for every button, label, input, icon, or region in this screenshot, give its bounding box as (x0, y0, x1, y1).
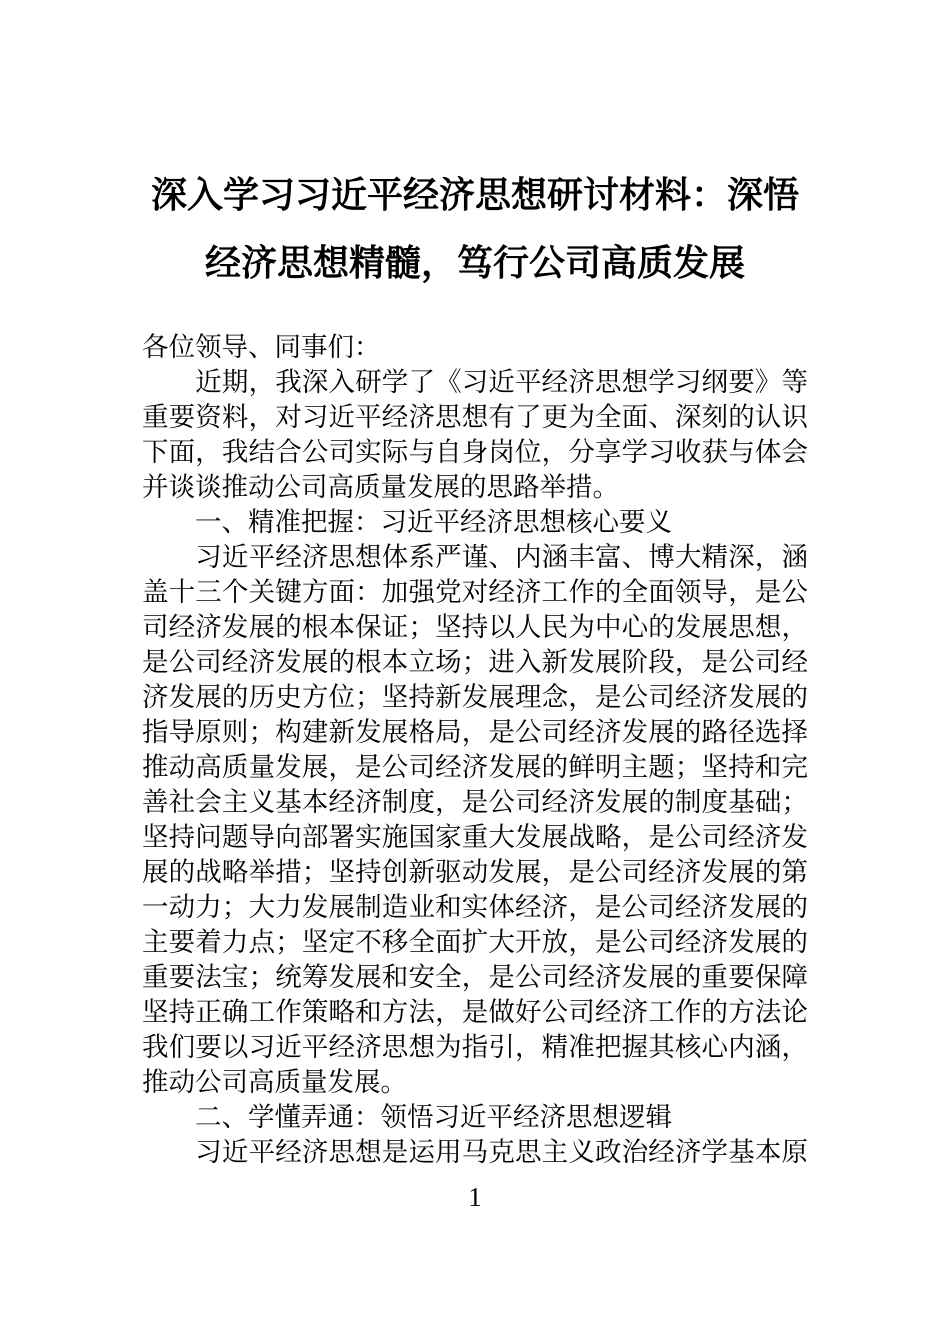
text-line: 坚持问题导向部署实施国家重大发展战略，是公司经济发 (142, 820, 808, 855)
text-line: 下面，我结合公司实际与自身岗位，分享学习收获与体会 (142, 435, 808, 470)
text-line: 推动高质量发展，是公司经济发展的鲜明主题；坚持和完 (142, 750, 808, 785)
text-line: 盖十三个关键方面：加强党对经济工作的全面领导，是公 (142, 575, 808, 610)
text-line: 重要资料，对习近平经济思想有了更为全面、深刻的认识 (142, 400, 808, 435)
text-line: 我们要以习近平经济思想为指引，精准把握其核心内涵， (142, 1030, 808, 1065)
text-line: 司经济发展的根本保证；坚持以人民为中心的发展思想， (142, 610, 808, 645)
text-line: 习近平经济思想体系严谨、内涵丰富、博大精深，涵 (142, 540, 808, 575)
text-line: 济发展的历史方位；坚持新发展理念，是公司经济发展的 (142, 680, 808, 715)
text-line: 展的战略举措；坚持创新驱动发展，是公司经济发展的第 (142, 855, 808, 890)
text-line: 坚持正确工作策略和方法，是做好公司经济工作的方法论 (142, 995, 808, 1030)
document-title: 深入学习习近平经济思想研讨材料：深悟 经济思想精髓，笃行公司高质发展 (0, 161, 950, 297)
text-line: 一、精准把握：习近平经济思想核心要义 (142, 505, 808, 540)
text-line: 一动力；大力发展制造业和实体经济，是公司经济发展的 (142, 890, 808, 925)
text-line: 主要着力点；坚定不移全面扩大开放，是公司经济发展的 (142, 925, 808, 960)
text-line: 是公司经济发展的根本立场；进入新发展阶段，是公司经 (142, 645, 808, 680)
text-line: 重要法宝；统筹发展和安全，是公司经济发展的重要保障 (142, 960, 808, 995)
document-page: 深入学习习近平经济思想研讨材料：深悟 经济思想精髓，笃行公司高质发展 各位领导、… (0, 0, 950, 1344)
text-line: 近期，我深入研学了《习近平经济思想学习纲要》等 (142, 365, 808, 400)
text-line: 并谈谈推动公司高质量发展的思路举措。 (142, 470, 808, 505)
text-line: 各位领导、同事们： (142, 330, 808, 365)
text-line: 推动公司高质量发展。 (142, 1065, 808, 1100)
text-line: 指导原则；构建新发展格局，是公司经济发展的路径选择 (142, 715, 808, 750)
text-line: 二、学懂弄通：领悟习近平经济思想逻辑 (142, 1100, 808, 1135)
text-line: 善社会主义基本经济制度，是公司经济发展的制度基础； (142, 785, 808, 820)
document-title-line-1: 深入学习习近平经济思想研讨材料：深悟 (0, 161, 950, 229)
document-body: 各位领导、同事们： 近期，我深入研学了《习近平经济思想学习纲要》等重要资料，对习… (142, 330, 808, 1170)
page-number: 1 (0, 1181, 950, 1214)
document-title-line-2: 经济思想精髓，笃行公司高质发展 (0, 229, 950, 297)
text-line: 习近平经济思想是运用马克思主义政治经济学基本原 (142, 1135, 808, 1170)
